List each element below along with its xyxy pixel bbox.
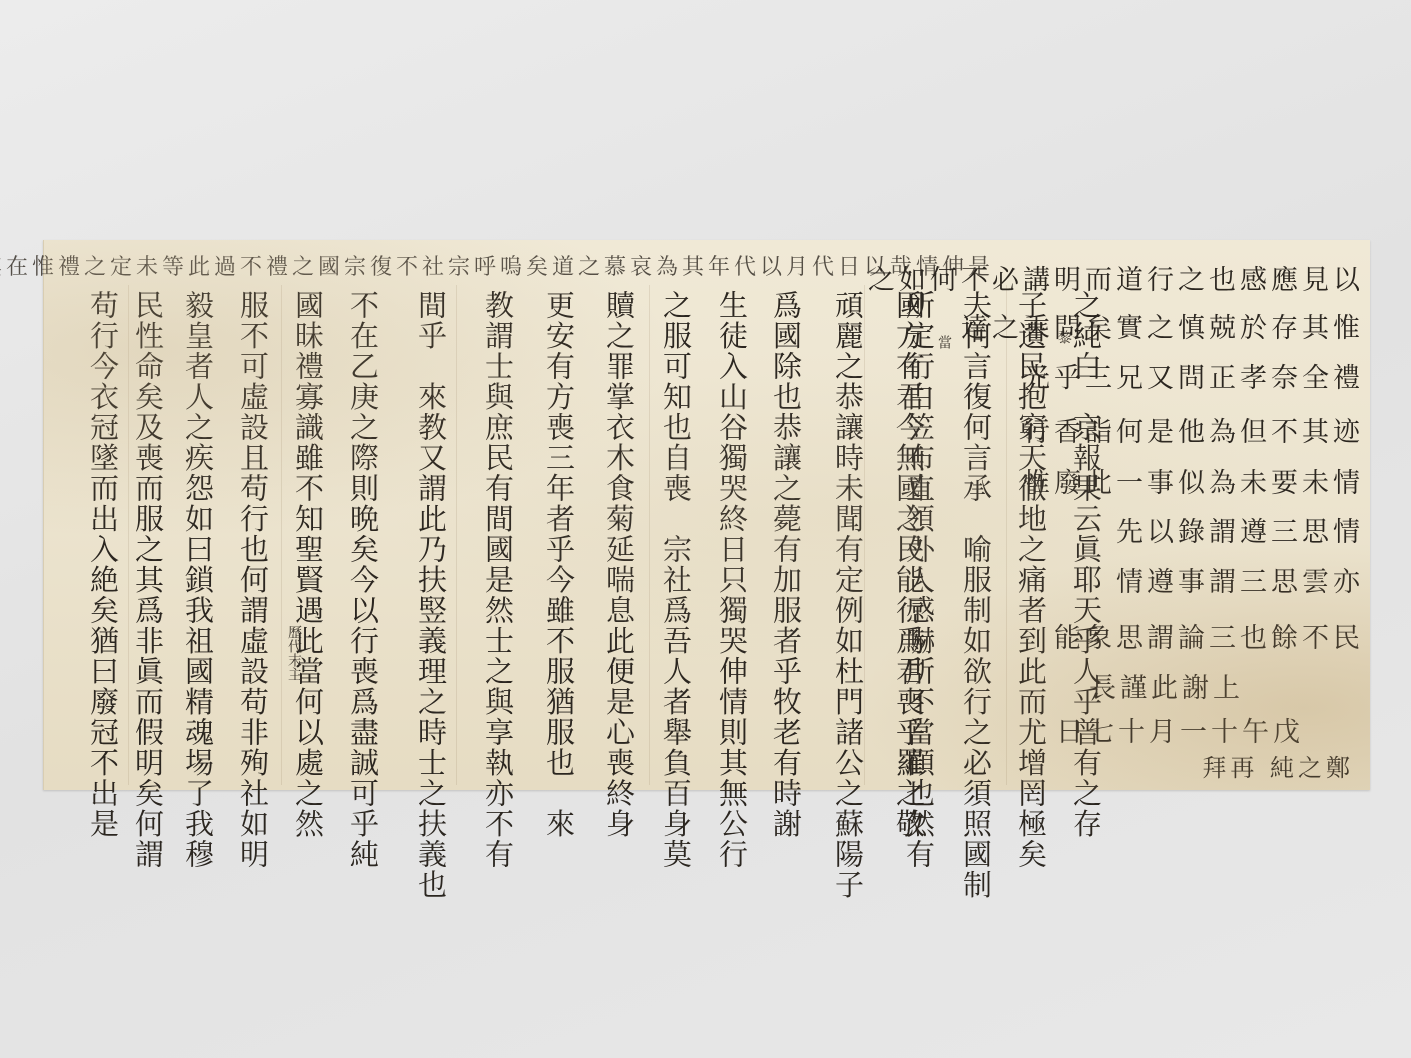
interlinear-note-lidai: 歷代末主 xyxy=(284,625,304,681)
right-line-3: 禮全奈孝正問又兄三乎光 xyxy=(1023,356,1364,395)
ruling-line xyxy=(1006,285,1007,785)
signature: 鄭之純 再拜 xyxy=(1202,748,1354,783)
right-line-6: 情思三遵謂錄以先 xyxy=(1116,510,1364,549)
text-column-7: 爲國除也恭讓之薨有加服者乎牧老有時謝 xyxy=(769,290,803,839)
right-line-5: 情未要未為似事一此廢惟 xyxy=(1023,461,1364,500)
ruling-line xyxy=(649,285,650,785)
date-line: 戊午十一月十七日 xyxy=(1056,710,1304,749)
top-margin-annotation: 是伸情哉以日代月以代年其為哀慕之道矣嗚呼宗社不復宗國之禮不過此等未定之禮惟在其人… xyxy=(94,250,994,290)
text-column-9: 之服可知也自喪 宗社爲吾人者舉負百身莫 xyxy=(659,290,693,870)
ruling-line xyxy=(128,285,129,785)
right-line-4: 迹其不但為他是何詣香行 xyxy=(1023,410,1364,449)
right-rotated-block: 以見應感也之行道而明講必不何如之 惟其存於兢慎之實矣問乘之達 禮全奈孝正問又兄三… xyxy=(1029,248,1364,768)
text-column-6: 頑麗之恭讓時未聞有定例如杜門諸公之蘇陽子 xyxy=(831,290,865,900)
text-column-13: 間乎 來教又謂此乃扶竪義理之時士之扶義也 xyxy=(414,290,448,900)
text-column-15: 國昧禮寡識雖不知聖賢遇此當何以處之然 xyxy=(291,290,325,839)
text-column-19: 苟行今衣冠墜而出入絶矣猶曰廢冠不出是 xyxy=(86,290,120,839)
right-line-7: 亦雲思三謂事遵情 xyxy=(1116,560,1364,599)
text-column-8: 生徒入山谷獨哭終日只獨哭伸情則其無公行 xyxy=(715,290,749,870)
ruling-line xyxy=(456,285,457,785)
text-column-11: 更安有方喪三年者乎今雖不服猶服也 來 xyxy=(542,290,576,839)
text-column-17: 毅皇者人之疾怨如曰鎖我祖國精魂埸了我穆 xyxy=(181,290,215,870)
manuscript-paper: 是伸情哉以日代月以代年其為哀慕之道矣嗚呼宗社不復宗國之禮不過此等未定之禮惟在其人… xyxy=(43,240,1370,790)
ruling-line xyxy=(281,285,282,785)
right-line-9: 上謝此謹長 xyxy=(1089,666,1244,705)
text-column-10: 贖之罪掌衣木食菊延喘息此便是心喪終身 xyxy=(602,290,636,839)
text-column-3: 夫何言復何言承 喻服制如欲行之必須照國制 xyxy=(959,290,993,900)
right-line-2: 惟其存於兢慎之實矣問乘之達 xyxy=(961,306,1364,345)
right-line-1: 以見應感也之行道而明講必不何如之 xyxy=(868,258,1364,297)
text-column-18: 民性命矣及喪而服之其爲非眞而假明矣何謂 xyxy=(131,290,165,870)
right-line-8: 民不餘也三論謂思象能 xyxy=(1054,616,1364,655)
interlinear-note-dang: 當 xyxy=(934,335,954,349)
text-column-5: 國方有君今無國之民能行爲君喪乎羅之敬 xyxy=(892,290,926,839)
text-column-16: 服不可虛設且苟行也何謂虛設苟非殉社如明 xyxy=(236,290,270,870)
text-column-14: 不在乙庚之際則晩矣今以行喪爲盡誠可乎純 xyxy=(346,290,380,870)
text-column-12: 教謂士與庶民有間國是然士之與享執亦不有 xyxy=(481,290,515,870)
